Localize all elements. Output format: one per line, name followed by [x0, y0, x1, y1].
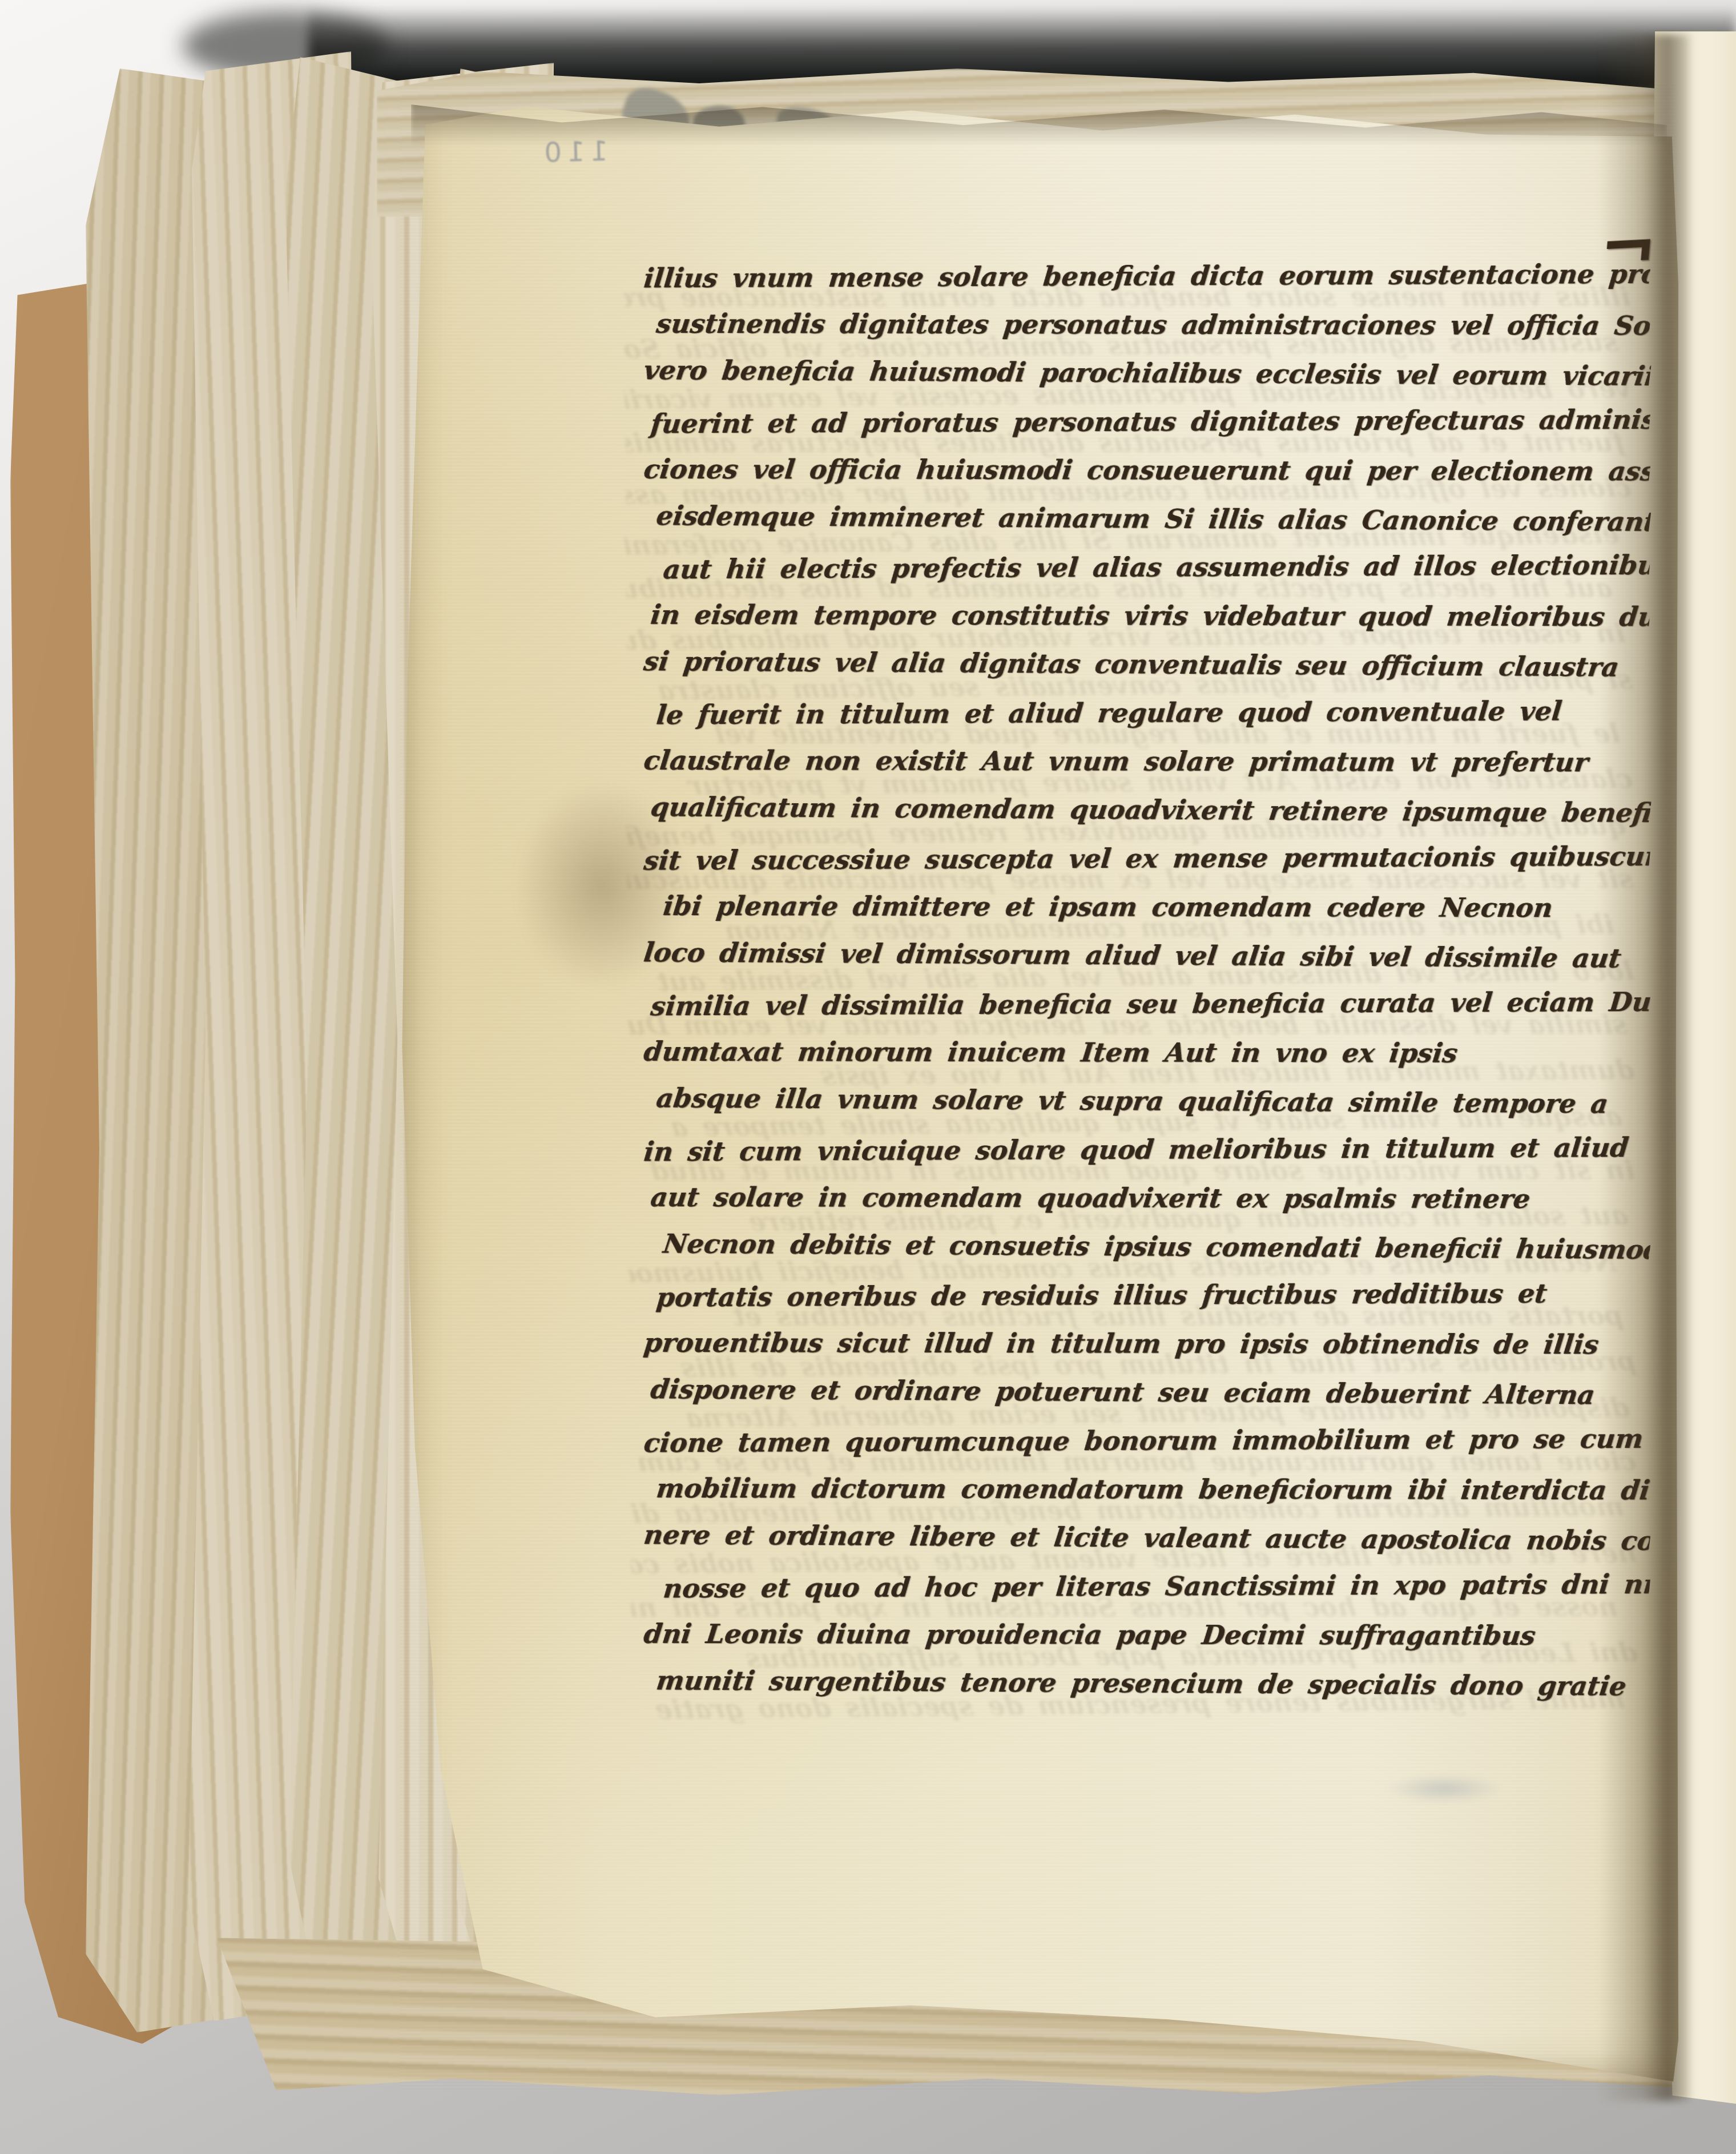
manuscript-text-line: Necnon debitis et consuetis ipsius comen…: [641, 1220, 1653, 1275]
manuscript-text-line: sustinendis dignitates personatus admini…: [641, 300, 1653, 351]
manuscript-text-line: qualificatum in comendam quoadvixerit re…: [641, 783, 1653, 838]
manuscript-text-line: in sit cum vnicuique solare quod meliori…: [642, 1124, 1653, 1177]
manuscript-text-line: ibi plenarie dimittere et ipsam comendam…: [641, 882, 1653, 933]
manuscript-text-line: illius vnum mense solare beneficia dicta…: [642, 250, 1653, 303]
gutter-shadow: [1598, 34, 1690, 2101]
manuscript-text-line: aut hii electis prefectis vel alias assu…: [642, 541, 1653, 594]
manuscript-text-line: absque illa vnum solare vt supra qualifi…: [641, 1074, 1653, 1129]
manuscript-text-line: disponere et ordinare potuerunt seu ecia…: [641, 1366, 1653, 1420]
manuscript-text-line: similia vel dissimilia beneficia seu ben…: [642, 978, 1653, 1031]
manuscript-text-line: dni Leonis diuina prouidencia pape Decim…: [641, 1610, 1653, 1661]
manuscript-text-line: nosse et quo ad hoc per literas Sanctiss…: [642, 1560, 1653, 1613]
manuscript-text-line: si prioratus vel alia dignitas conventua…: [641, 638, 1653, 692]
manuscript-text-line: aut solare in comendam quoadvixerit ex p…: [641, 1173, 1653, 1224]
manuscript-text-line: cione tamen quorumcunque bonorum immobil…: [642, 1415, 1653, 1468]
manuscript-text-line: nere et ordinare libere et licite valean…: [641, 1511, 1653, 1566]
manuscript-text-line: claustrale non existit Aut vnum solare p…: [641, 736, 1653, 787]
manuscript-text-line: muniti surgentibus tenore presencium de …: [641, 1657, 1653, 1712]
manuscript-text-line: in eisdem tempore constitutis viris vide…: [641, 591, 1653, 642]
folio-number-bleedthrough: 110: [516, 131, 609, 174]
blue-smudge: [1387, 1774, 1501, 1803]
manuscript-text-line: prouentibus sicut illud in titulum pro i…: [641, 1319, 1653, 1370]
manuscript-text-line: vero beneficia huiusmodi parochialibus e…: [641, 347, 1653, 401]
manuscript-text-line: portatis oneribus de residuis illius fru…: [642, 1269, 1653, 1322]
manuscript-scan: illius vnum mense solare beneficia dicta…: [0, 0, 1736, 2154]
manuscript-text-line: fuerint et ad prioratus personatus digni…: [642, 396, 1653, 449]
manuscript-text-line: sit vel successiue suscepta vel ex mense…: [642, 832, 1653, 885]
manuscript-text-line: eisdemque immineret animarum Si illis al…: [641, 492, 1653, 547]
manuscript-text-line: mobilium dictorum comendatorum beneficio…: [641, 1464, 1653, 1515]
manuscript-text-line: dumtaxat minorum inuicem Item Aut in vno…: [641, 1028, 1653, 1078]
manuscript-text-line: loco dimissi vel dimissorum aliud vel al…: [641, 929, 1653, 984]
manuscript-text-line: le fuerit in titulum et aliud regulare q…: [642, 687, 1653, 740]
manuscript-text-line: ciones vel officia huiusmodi consueuerun…: [641, 445, 1653, 496]
manuscript-text-block: illius vnum mense solare beneficia dicta…: [644, 252, 1650, 1737]
